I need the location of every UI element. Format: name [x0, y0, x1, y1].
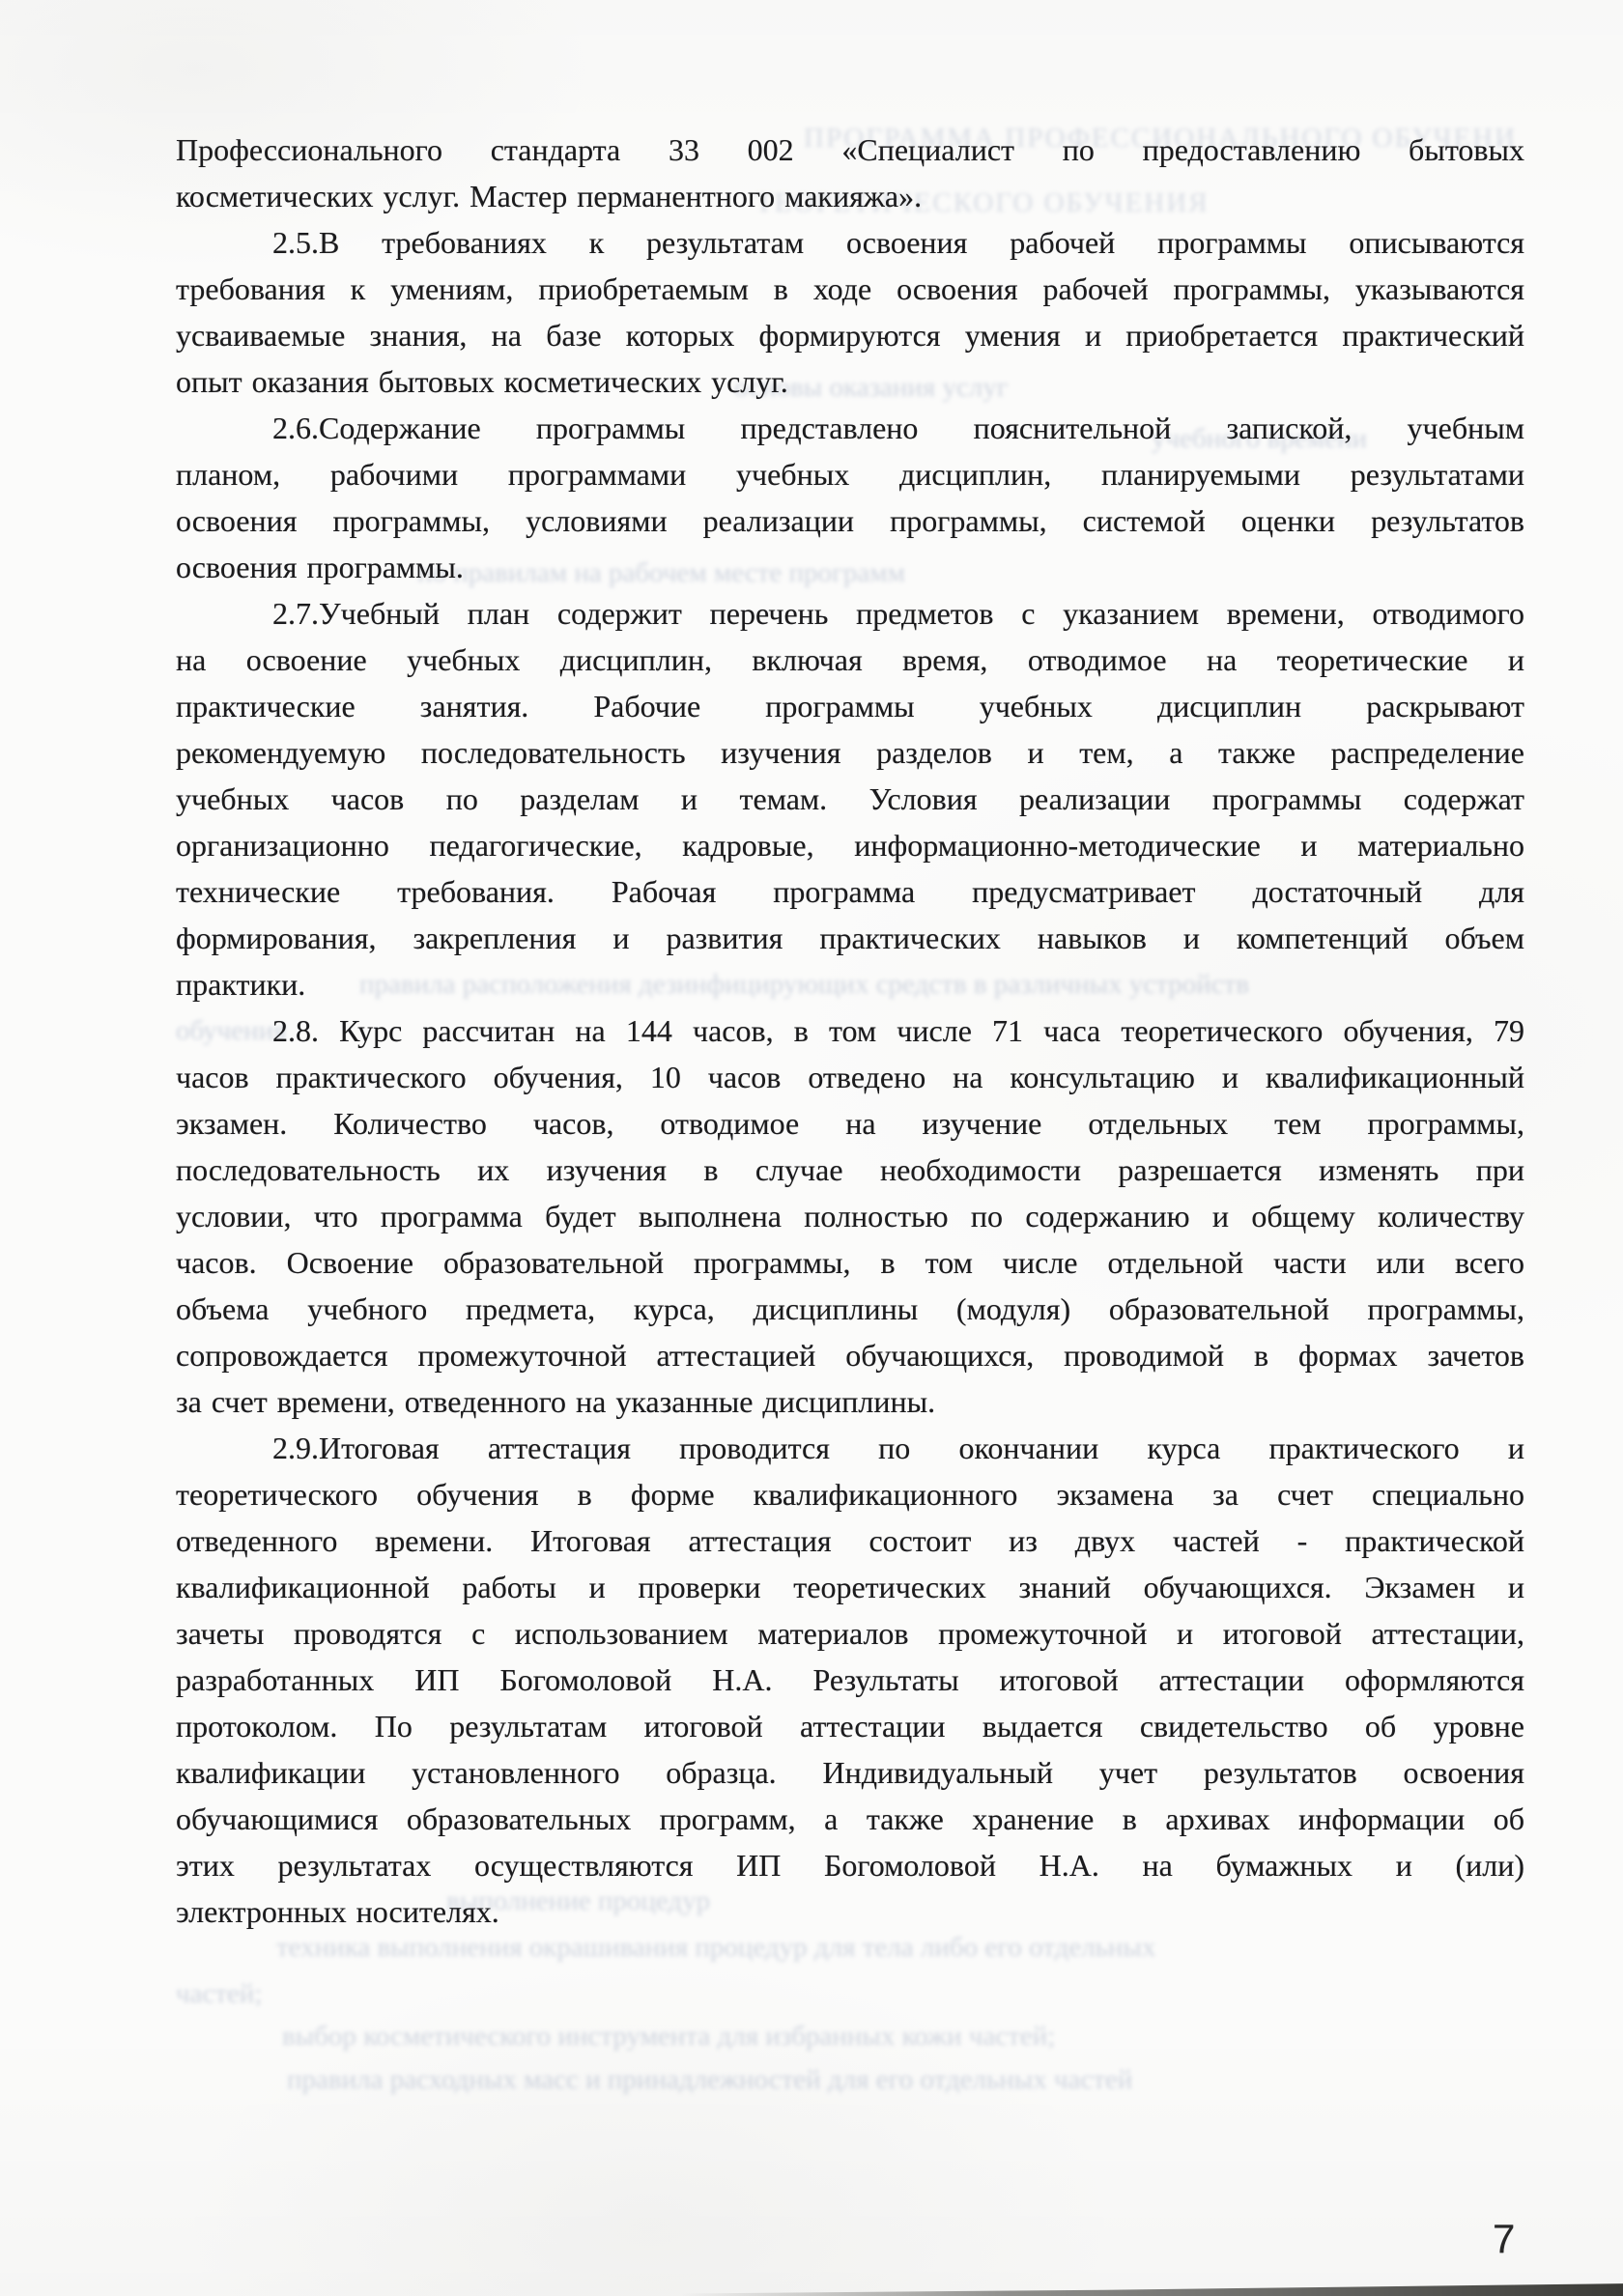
text-line: на освоение учебных дисциплин, включая в…	[176, 637, 1524, 683]
text-line: усваиваемые знания, на базе которых форм…	[176, 312, 1524, 358]
text-line: зачеты проводятся с использованием матер…	[176, 1610, 1524, 1657]
text-line: теоретического обучения в форме квалифик…	[176, 1471, 1524, 1517]
text-line: условии, что программа будет выполнена п…	[176, 1193, 1524, 1239]
text-line: отведенного времени. Итоговая аттестация…	[176, 1517, 1524, 1564]
text-line: объема учебного предмета, курса, дисципл…	[176, 1286, 1524, 1332]
text-line: часов практического обучения, 10 часов о…	[176, 1054, 1524, 1100]
text-line: сопровождается промежуточной аттестацией…	[176, 1332, 1524, 1378]
text-line: 2.6.Содержание программы представлено по…	[176, 405, 1524, 451]
text-line: освоения программы.	[176, 544, 1524, 590]
ghost-text-line: техника выполнения окрашивания процедур …	[276, 1931, 1542, 1964]
text-line: обучающимися образовательных программ, а…	[176, 1796, 1524, 1842]
ghost-text-line: выбор косметического инструмента для изб…	[282, 2020, 1499, 2053]
scanned-document-page: программа профессионального обучениятеор…	[0, 0, 1623, 2296]
scan-edge-shadow	[681, 2282, 1623, 2296]
text-line: часов. Освоение образовательной программ…	[176, 1239, 1524, 1286]
text-line: технические требования. Рабочая программ…	[176, 868, 1524, 915]
text-line: квалификации установленного образца. Инд…	[176, 1749, 1524, 1796]
text-line: 2.7.Учебный план содержит перечень предм…	[176, 590, 1524, 637]
text-line: Профессионального стандарта 33 002 «Спец…	[176, 127, 1524, 173]
text-line: 2.9.Итоговая аттестация проводится по ок…	[176, 1425, 1524, 1471]
ghost-text-line: частей;	[176, 1977, 330, 2010]
text-line: электронных носителях.	[176, 1888, 1524, 1935]
page-number: 7	[1493, 2216, 1515, 2262]
text-line: практики.	[176, 961, 1524, 1007]
text-line: практические занятия. Рабочие программы …	[176, 683, 1524, 729]
text-line: последовательность их изучения в случае …	[176, 1147, 1524, 1193]
text-line: учебных часов по разделам и темам. Услов…	[176, 776, 1524, 822]
text-line: организационно педагогические, кадровые,…	[176, 822, 1524, 868]
text-line: этих результатах осуществляются ИП Богом…	[176, 1842, 1524, 1888]
text-line: за счет времени, отведенного на указанны…	[176, 1378, 1524, 1425]
text-line: протоколом. По результатам итоговой атте…	[176, 1703, 1524, 1749]
text-line: 2.5.В требованиях к результатам освоения…	[176, 219, 1524, 266]
text-line: экзамен. Количество часов, отводимое на …	[176, 1100, 1524, 1147]
text-line: формирования, закрепления и развития пра…	[176, 915, 1524, 961]
text-line: 2.8. Курс рассчитан на 144 часов, в том …	[176, 1007, 1524, 1054]
text-line: косметических услуг. Мастер перманентног…	[176, 173, 1524, 219]
text-line: планом, рабочими программами учебных дис…	[176, 451, 1524, 497]
document-body-text: Профессионального стандарта 33 002 «Спец…	[176, 127, 1524, 1935]
text-line: опыт оказания бытовых косметических услу…	[176, 358, 1524, 405]
text-line: квалификационной работы и проверки теоре…	[176, 1564, 1524, 1610]
text-line: рекомендуемую последовательность изучени…	[176, 729, 1524, 776]
text-line: разработанных ИП Богомоловой Н.А. Резуль…	[176, 1657, 1524, 1703]
text-line: освоения программы, условиями реализации…	[176, 497, 1524, 544]
ghost-text-line: правила расходных масс и принадлежностей…	[287, 2063, 1417, 2096]
text-line: требования к умениям, приобретаемым в хо…	[176, 266, 1524, 312]
